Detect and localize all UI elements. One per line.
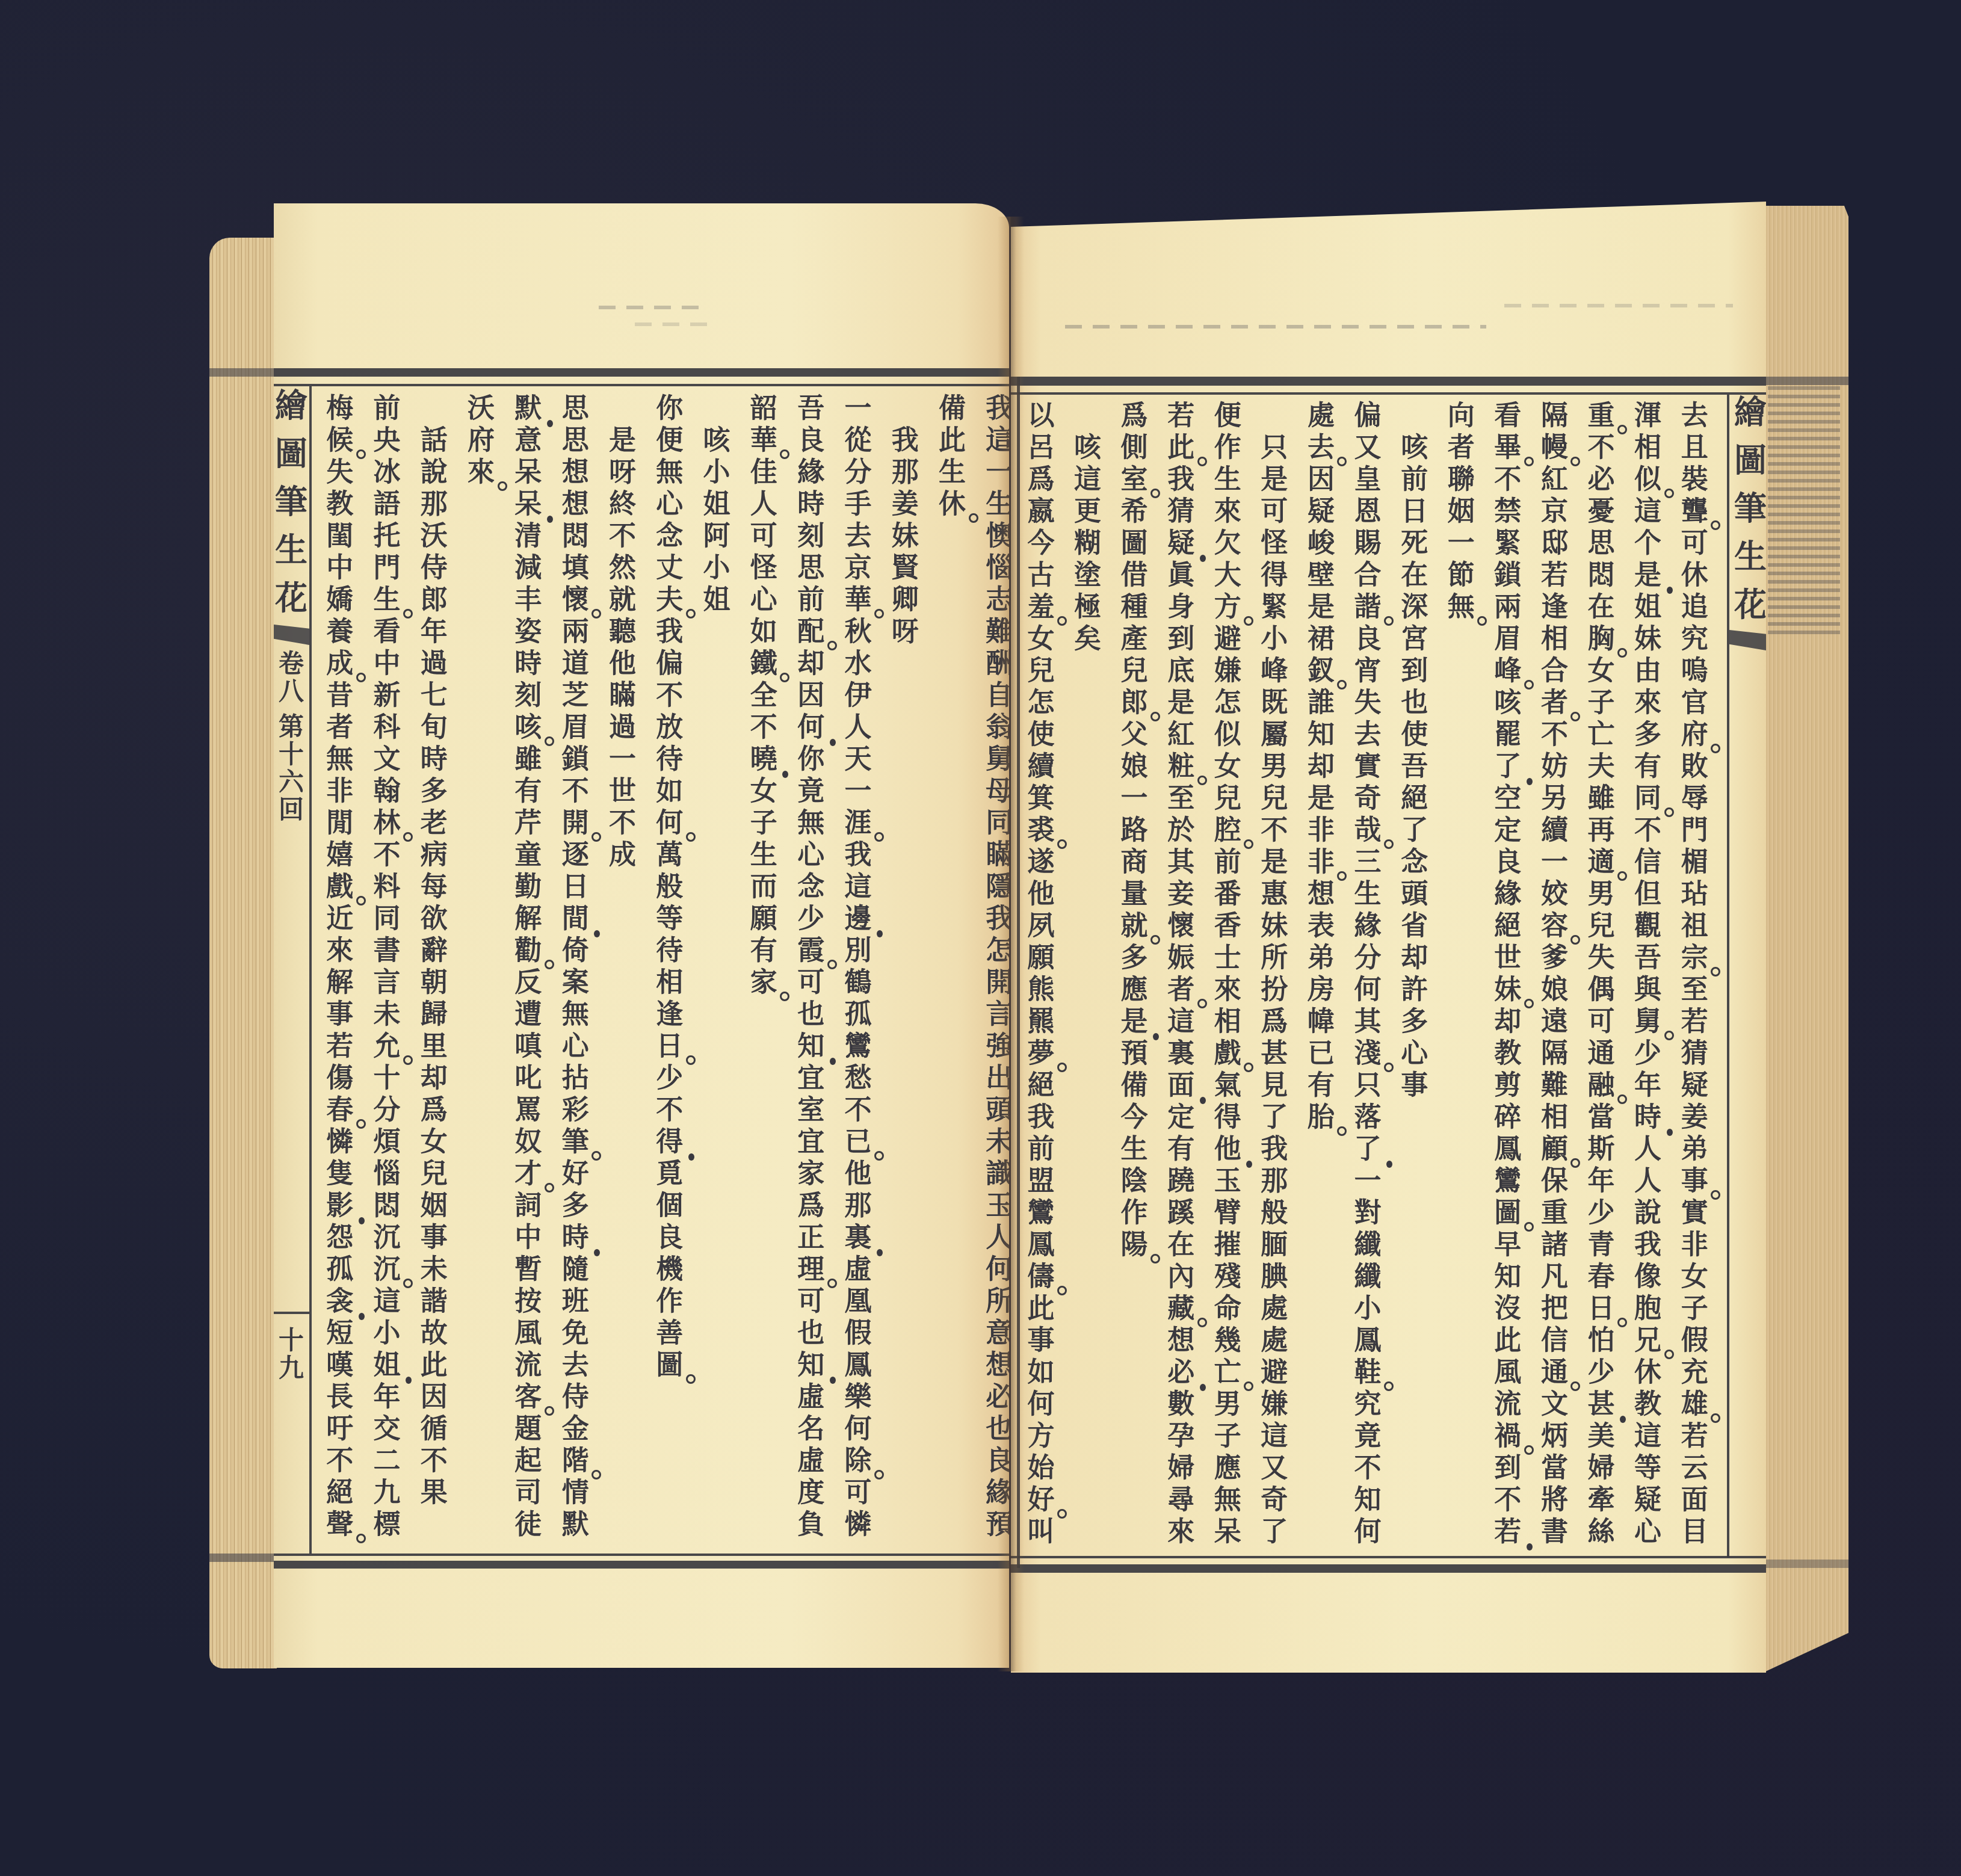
character: 又	[1259, 1452, 1290, 1484]
punctuation-circle	[1711, 520, 1720, 530]
character: 難	[1539, 1069, 1570, 1101]
punctuation-circle	[1057, 1063, 1067, 1072]
character: 兩	[1492, 591, 1524, 623]
character: 得	[1212, 1101, 1243, 1133]
character: 深	[1399, 591, 1430, 623]
character: 言	[371, 966, 403, 998]
character: 交	[371, 1413, 403, 1445]
character: 一	[1445, 527, 1477, 559]
character: 免	[560, 1317, 591, 1349]
character: 瞞	[607, 679, 638, 711]
character: 女	[418, 1126, 449, 1158]
character: 何	[1352, 973, 1383, 1005]
character: 嬉	[324, 839, 356, 871]
character: 避	[1259, 1356, 1290, 1388]
text-column: 隔幔紅京邸若逢相合者不妨另續一姣容爹娘遠隔難相顧保重諸凡把信通文炳當將書	[1531, 400, 1578, 1555]
character: 皇	[1352, 463, 1383, 495]
character: 戲	[1212, 1037, 1243, 1069]
character: 標	[371, 1508, 403, 1540]
character: 釵	[1305, 655, 1336, 687]
character: 猜	[1166, 495, 1197, 527]
character: 竟	[1352, 1420, 1383, 1452]
character: 春	[1586, 1260, 1617, 1292]
character: 省	[1399, 910, 1430, 942]
character: 花	[1733, 581, 1766, 629]
character: 良	[654, 1221, 685, 1253]
character: 一	[842, 392, 874, 424]
character: 虛	[842, 1253, 874, 1285]
punctuation-circle	[1617, 648, 1627, 658]
bleed-through-marks	[1768, 386, 1840, 639]
character: 候	[324, 424, 356, 456]
punctuation-circle	[1524, 680, 1534, 690]
character: 事	[324, 998, 356, 1030]
character: 美	[1586, 1420, 1617, 1452]
character: 方	[1212, 591, 1243, 623]
character: 憂	[1586, 495, 1617, 527]
character: 个	[1632, 527, 1664, 559]
character: 是	[1166, 687, 1197, 718]
character: 默	[560, 1508, 591, 1540]
punctuation-circle	[1057, 1286, 1067, 1295]
punctuation-circle	[1384, 1381, 1394, 1391]
character: 咳	[1072, 431, 1103, 463]
character: 裏	[1166, 1037, 1197, 1069]
fishtail-mark-icon	[274, 625, 309, 645]
punctuation-circle	[686, 1055, 696, 1065]
character: 想	[1305, 878, 1336, 910]
character: 無	[795, 807, 827, 839]
character: 少	[1586, 1197, 1617, 1229]
character: 怪	[1259, 527, 1290, 559]
text-column: 咳前日死在深宮到也使吾絕了念頭省却許多心事	[1391, 400, 1438, 1555]
character: 對	[1352, 1197, 1383, 1229]
character: 相	[1539, 1101, 1570, 1133]
character: 楣	[1679, 846, 1710, 878]
character: 勤	[513, 871, 544, 903]
punctuation-dot	[1386, 1161, 1392, 1168]
frame-top-thin	[274, 384, 1009, 386]
character: 雖	[1586, 782, 1617, 814]
character: 日	[654, 1030, 685, 1062]
character: 世	[1492, 942, 1524, 973]
character: 卿	[889, 584, 921, 616]
text-column: 便作生來欠大方避嫌怎似女兒腔前番香士來相戲氣得他玉臂摧殘命幾亡男子應無呆	[1204, 400, 1251, 1555]
character: 善	[654, 1317, 685, 1349]
character: 夢	[1025, 1037, 1057, 1069]
punctuation-dot	[1667, 1129, 1673, 1136]
character: 新	[371, 679, 403, 711]
frame-line	[209, 368, 277, 377]
character: 心	[795, 839, 827, 871]
character: 京	[842, 552, 874, 584]
character: 兒	[1025, 655, 1057, 687]
character: 終	[607, 488, 638, 520]
character: 生	[274, 526, 309, 574]
character: 子	[1679, 1292, 1710, 1324]
character: 前	[795, 584, 827, 616]
character: 想	[560, 488, 591, 520]
character: 玷	[1679, 878, 1710, 910]
punctuation-circle	[874, 832, 884, 842]
character: 一	[1539, 846, 1570, 878]
character: 處	[1259, 1324, 1290, 1356]
character: 無	[324, 743, 356, 775]
character: 傷	[324, 1062, 356, 1094]
character: 無	[1445, 591, 1477, 623]
character: 戲	[324, 871, 356, 903]
character: 繪	[1733, 388, 1766, 436]
character: 那	[418, 488, 449, 520]
character: 何	[1352, 1516, 1383, 1547]
character: 他	[842, 1158, 874, 1189]
character: 得	[654, 1126, 685, 1158]
character: 咳	[1492, 687, 1524, 718]
character: 宮	[1399, 623, 1430, 655]
text-column: 重不必憂思悶在胸女子亡夫雖再適男兒失偶可通融當斯年少青春日怕少甚美婦牽絲	[1578, 400, 1625, 1555]
character: 却	[1399, 942, 1430, 973]
character: 起	[513, 1445, 544, 1476]
character: 蹊	[1166, 1197, 1197, 1229]
character: 意	[513, 424, 544, 456]
character: 備	[1119, 1069, 1150, 1101]
character: 了	[1492, 750, 1524, 782]
character: 說	[1632, 1197, 1664, 1229]
character: 大	[1212, 559, 1243, 591]
character: 怎	[1025, 687, 1057, 718]
character: 妾	[1166, 878, 1197, 910]
character: 纖	[1352, 1260, 1383, 1292]
character: 虛	[795, 1445, 827, 1476]
character: 者	[1539, 687, 1570, 718]
character: 室	[795, 1094, 827, 1126]
character: 夙	[1025, 910, 1057, 942]
punctuation-dot	[1527, 1543, 1533, 1550]
character: 非	[324, 775, 356, 807]
text-column: 偏又皇恩賜合諧良宵失去實奇哉三生緣分何其淺只落了一對纖纖小鳳鞋究竟不知何	[1344, 400, 1391, 1555]
character: 碎	[1492, 1101, 1524, 1133]
character: 個	[654, 1189, 685, 1221]
character: 極	[1072, 591, 1103, 623]
character: 暫	[513, 1253, 544, 1285]
character: 吁	[324, 1413, 356, 1445]
character: 奴	[513, 1126, 544, 1158]
character: 必	[1586, 463, 1617, 495]
punctuation-circle	[403, 832, 413, 842]
character: 怎	[1212, 687, 1243, 718]
character: 却	[1492, 1005, 1524, 1037]
text-column: 備此生休	[928, 392, 975, 1554]
character: 悶	[560, 520, 591, 552]
punctuation-circle	[1524, 999, 1534, 1008]
character: 若	[1679, 1420, 1710, 1452]
punctuation-circle	[1384, 616, 1394, 626]
character: 惠	[1259, 878, 1290, 910]
character: 嘆	[324, 1349, 356, 1381]
character: 不	[324, 1445, 356, 1476]
character: 辭	[418, 934, 449, 966]
character: 此	[1166, 431, 1197, 463]
character: 偶	[1586, 973, 1617, 1005]
character: 無	[1212, 1484, 1243, 1516]
character: 知	[1305, 718, 1336, 750]
character: 定	[1492, 814, 1524, 846]
character: 吾	[1632, 942, 1664, 973]
character: 男	[1212, 1388, 1243, 1420]
text-column: 若此我猜疑眞身到底是紅粧至於其妾懷娠者這裏面定有蹺蹊在內藏想必數孕婦尋來	[1158, 400, 1205, 1555]
character: 想	[560, 456, 591, 488]
book-gutter	[998, 217, 1024, 1671]
character: 可	[842, 1476, 874, 1508]
text-column: 是呀終不然就聽他瞞過一世不成	[599, 392, 646, 1554]
character: 隔	[1539, 400, 1570, 431]
frame-bottom-thick	[274, 1561, 1009, 1569]
character: 作	[1212, 431, 1243, 463]
character: 當	[1539, 1452, 1570, 1484]
character: 姜	[1679, 1101, 1710, 1133]
character: 塗	[1072, 559, 1103, 591]
character: 循	[418, 1413, 449, 1445]
character: 懷	[560, 584, 591, 616]
character: 娘	[1119, 750, 1150, 782]
character: 但	[1632, 878, 1664, 910]
left-page: 繪圖筆生花 卷八 第十六回 十九 我這一生懊惱志難酬自翁舅母同瞞隱我怎開言強出頭…	[274, 203, 1009, 1668]
character: 舅	[1632, 1005, 1664, 1037]
character: 像	[1632, 1260, 1664, 1292]
character: 良	[1352, 623, 1383, 655]
character: 思	[560, 392, 591, 424]
character: 少	[1586, 1356, 1617, 1388]
character: 夫	[654, 584, 685, 616]
character: 中	[513, 1221, 544, 1253]
character: 兄	[1632, 1324, 1664, 1356]
character: 不	[607, 520, 638, 552]
character: 不	[748, 711, 779, 743]
character: 處	[1305, 400, 1336, 431]
character: 語	[371, 488, 403, 520]
character: 府	[1679, 718, 1710, 750]
character: 妹	[1259, 910, 1290, 942]
character: 說	[418, 456, 449, 488]
character: 事	[1399, 1069, 1430, 1101]
character: 了	[1259, 1101, 1290, 1133]
character: 知	[795, 1349, 827, 1381]
character: 反	[513, 966, 544, 998]
character: 未	[371, 998, 403, 1030]
character: 配	[795, 616, 827, 647]
character: 妹	[889, 520, 921, 552]
character: 裏	[842, 1221, 874, 1253]
punctuation-circle	[827, 960, 837, 969]
character: 等	[654, 903, 685, 934]
character: 使	[1025, 718, 1057, 750]
character: 淺	[1352, 1037, 1383, 1069]
character: 叱	[513, 1062, 544, 1094]
character: 在	[1166, 1229, 1197, 1260]
character: 扮	[1259, 973, 1290, 1005]
character: 減	[513, 552, 544, 584]
character: 來	[324, 934, 356, 966]
character: 玉	[1212, 1165, 1243, 1197]
character: 虛	[795, 1381, 827, 1413]
character: 冰	[371, 456, 403, 488]
character: 吾	[795, 392, 827, 424]
character: 向	[1445, 400, 1477, 431]
character: 水	[842, 647, 874, 679]
character: 峰	[1259, 655, 1290, 687]
text-column: 梅候失教閨中嬌養成昔者無非閒嬉戲近來解事若傷春憐隻影怨孤衾短嘆長吁不絕聲	[317, 392, 363, 1554]
character: 嬴	[1025, 495, 1057, 527]
character: 知	[1352, 1484, 1383, 1516]
character: 不	[418, 1445, 449, 1476]
character: 翰	[371, 775, 403, 807]
character: 他	[607, 647, 638, 679]
character: 何	[842, 1413, 874, 1445]
character: 筆	[560, 1126, 591, 1158]
character: 分	[371, 1094, 403, 1126]
character: 衾	[324, 1285, 356, 1317]
character: 爲	[418, 1094, 449, 1126]
character: 度	[795, 1476, 827, 1508]
character: 禍	[1492, 1420, 1524, 1452]
character: 圖	[1492, 1197, 1524, 1229]
punctuation-circle	[403, 1055, 413, 1065]
character: 多	[1119, 942, 1150, 973]
character: 孤	[324, 1253, 356, 1285]
character: 手	[842, 488, 874, 520]
character: 只	[1352, 1069, 1383, 1101]
character: 十	[274, 741, 309, 768]
punctuation-circle	[1711, 744, 1720, 753]
punctuation-circle	[1617, 871, 1627, 881]
character: 十	[274, 1327, 309, 1354]
character: 信	[1632, 846, 1664, 878]
character: 却	[1305, 750, 1336, 782]
character: 成	[607, 839, 638, 871]
character: 女	[1025, 623, 1057, 655]
character: 多	[418, 775, 449, 807]
character: 何	[1025, 1388, 1057, 1420]
punctuation-circle	[1150, 1254, 1160, 1264]
character: 去	[1679, 400, 1710, 431]
bleed-through-mark	[635, 322, 713, 326]
character: 筆	[274, 478, 309, 526]
character: 事	[1679, 1165, 1710, 1197]
punctuation-dot	[1527, 778, 1533, 785]
character: 事	[1025, 1324, 1057, 1356]
character: 通	[1586, 1037, 1617, 1069]
character: 前	[1025, 1133, 1057, 1165]
character: 筆	[1733, 484, 1766, 532]
punctuation-circle	[686, 609, 696, 619]
character: 產	[1119, 623, 1150, 655]
character: 重	[1539, 1197, 1570, 1229]
character: 裝	[1679, 463, 1710, 495]
character: 於	[1166, 814, 1197, 846]
character: 看	[1492, 400, 1524, 431]
character: 不	[1259, 814, 1290, 846]
character: 者	[1445, 431, 1477, 463]
text-column: 處去因疑峻壁是裙釵誰知却是非非想表弟房幃已有胎	[1298, 400, 1345, 1555]
character: 命	[1212, 1292, 1243, 1324]
text-column: 你便無心念丈夫我偏不放待如何萬般等待相逢日少不得覓個良機作善圖	[646, 392, 693, 1554]
character: 階	[560, 1445, 591, 1476]
character: 林	[371, 807, 403, 839]
character: 呆	[513, 488, 544, 520]
character: 辱	[1679, 782, 1710, 814]
text-column: 思思想想悶填懷兩道芝眉鎖不開逐日間倚案無心拈彩筆好多時隨班免去侍金階情默	[552, 392, 599, 1554]
character: 續	[1025, 750, 1057, 782]
punctuation-circle	[874, 609, 884, 619]
character: 呀	[889, 616, 921, 647]
punctuation-circle	[1197, 457, 1207, 466]
character: 緣	[795, 456, 827, 488]
punctuation-circle	[1384, 839, 1394, 849]
character: 願	[1025, 942, 1057, 973]
character: 幃	[1305, 1005, 1336, 1037]
character: 賢	[889, 552, 921, 584]
character: 案	[560, 966, 591, 998]
text-column: 向者聯姻一節無	[1438, 400, 1484, 1555]
character: 煩	[371, 1126, 403, 1158]
character: 時	[418, 743, 449, 775]
character: 哉	[1352, 814, 1383, 846]
character: 機	[654, 1253, 685, 1285]
page-number: 十九	[274, 1327, 309, 1382]
character: 隨	[560, 1253, 591, 1285]
left-text-block: 我這一生懊惱志難酬自翁舅母同瞞隱我怎開言強出頭未識玉人何所意想必也良緣預 備此生…	[316, 392, 1009, 1554]
character: 却	[418, 1062, 449, 1094]
character: 夫	[1586, 750, 1617, 782]
character: 方	[1025, 1420, 1057, 1452]
character: 怕	[1586, 1324, 1617, 1356]
character: 少	[795, 903, 827, 934]
character: 華	[842, 584, 874, 616]
character: 偏	[1352, 400, 1383, 431]
character: 嗔	[513, 1030, 544, 1062]
character: 過	[607, 711, 638, 743]
character: 者	[1166, 973, 1197, 1005]
character: 多	[560, 1189, 591, 1221]
character: 賜	[1352, 527, 1383, 559]
frame-top-thick	[1011, 377, 1766, 386]
character: 教	[1632, 1388, 1664, 1420]
character: 郎	[418, 584, 449, 616]
character: 非	[1305, 846, 1336, 878]
character: 愁	[842, 1062, 874, 1094]
character: 番	[1212, 878, 1243, 910]
character: 身	[1166, 591, 1197, 623]
character: 央	[371, 424, 403, 456]
character: 默	[513, 392, 544, 424]
character: 節	[1445, 559, 1477, 591]
punctuation-circle	[1664, 1350, 1674, 1359]
character: 相	[1539, 623, 1570, 655]
margin-divider-line	[309, 386, 312, 1554]
character: 看	[371, 616, 403, 647]
character: 到	[1166, 623, 1197, 655]
character: 兩	[560, 616, 591, 647]
character: 人	[748, 488, 779, 520]
character: 姐	[371, 1349, 403, 1381]
character: 當	[1586, 1101, 1617, 1133]
character: 倚	[560, 934, 591, 966]
character: 合	[1539, 655, 1570, 687]
character: 凰	[842, 1285, 874, 1317]
punctuation-circle	[403, 609, 413, 619]
punctuation-circle	[1664, 489, 1674, 498]
character: 邸	[1539, 527, 1570, 559]
